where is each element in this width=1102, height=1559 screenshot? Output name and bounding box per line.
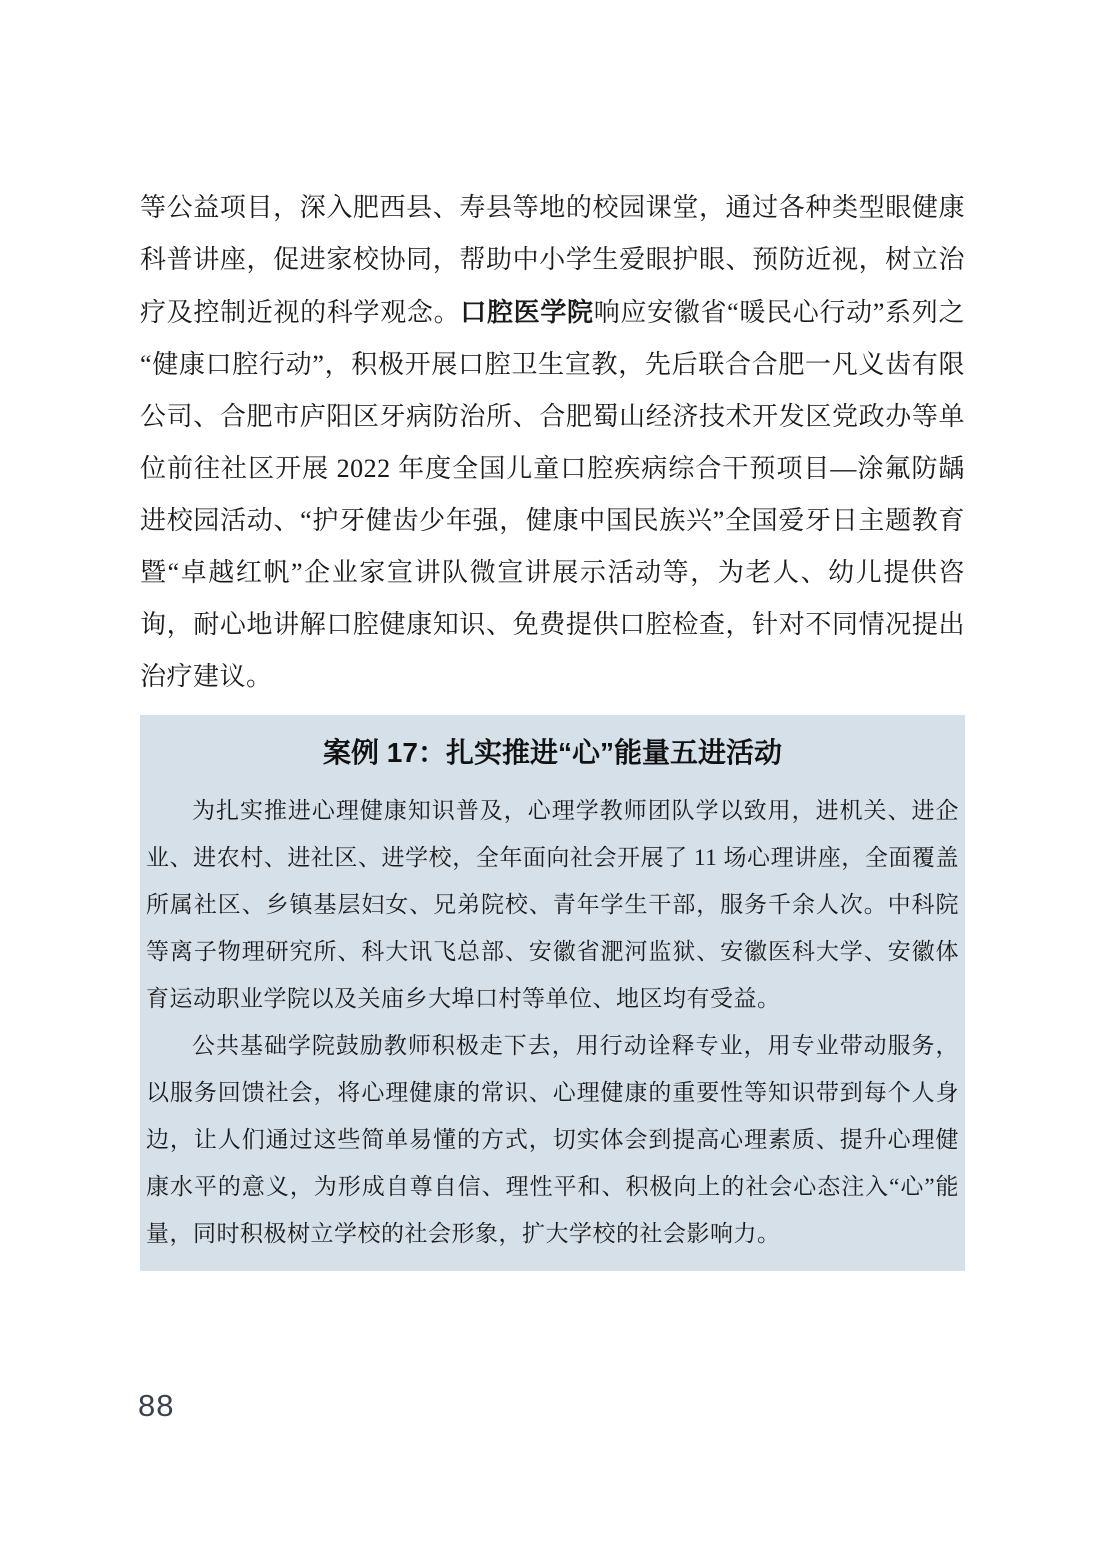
body-paragraph: 等公益项目，深入肥西县、寿县等地的校园课堂，通过各种类型眼健康科普讲座，促进家校… [140, 182, 965, 703]
body-text-after-bold: 响应安徽省“暖民心行动”系列之“健康口腔行动”，积极开展口腔卫生宣教，先后联合合… [140, 298, 965, 691]
case-box-paragraph-2: 公共基础学院鼓励教师积极走下去，用行动诠释专业，用专业带动服务，以服务回馈社会，… [146, 1022, 959, 1257]
department-name-bold: 口腔医学院 [460, 297, 593, 327]
document-page: 等公益项目，深入肥西县、寿县等地的校园课堂，通过各种类型眼健康科普讲座，促进家校… [0, 0, 1102, 1559]
page-content: 等公益项目，深入肥西县、寿县等地的校园课堂，通过各种类型眼健康科普讲座，促进家校… [140, 182, 965, 1271]
case-study-box: 案例 17：扎实推进“心”能量五进活动 为扎实推进心理健康知识普及，心理学教师团… [140, 715, 965, 1271]
case-box-paragraph-1: 为扎实推进心理健康知识普及，心理学教师团队学以致用，进机关、进企业、进农村、进社… [146, 787, 959, 1022]
case-box-title: 案例 17：扎实推进“心”能量五进活动 [146, 731, 959, 771]
page-number: 88 [138, 1388, 174, 1424]
